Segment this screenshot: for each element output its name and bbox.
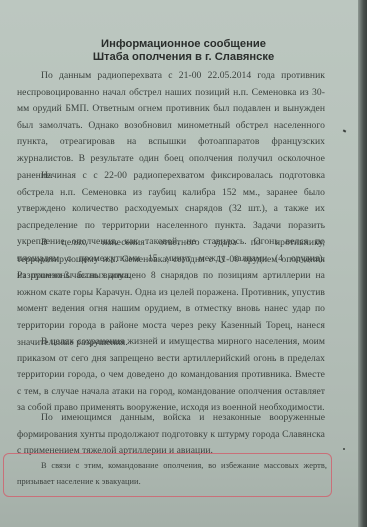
document-subtitle: Штаба ополчения в г. Славянске [0, 51, 367, 64]
paragraph-text: По данным радиоперехвата с 21-00 22.05.2… [17, 68, 325, 184]
paragraph-4: В целях сохранения жизней и имущества ми… [17, 334, 325, 417]
paragraph-text: В связи с этим, командование ополчения, … [17, 458, 327, 490]
document-photo: Информационное сообщение Штаба ополчения… [0, 0, 367, 527]
paragraph-6-highlighted: В связи с этим, командование ополчения, … [17, 458, 327, 490]
page-edge-shadow [358, 0, 367, 527]
paragraph-text: В целях сохранения жизней и имущества ми… [17, 334, 325, 417]
dust-speck [343, 448, 345, 450]
paragraph-1: По данным радиоперехвата с 21-00 22.05.2… [17, 68, 325, 184]
document-title: Информационное сообщение [0, 38, 367, 51]
